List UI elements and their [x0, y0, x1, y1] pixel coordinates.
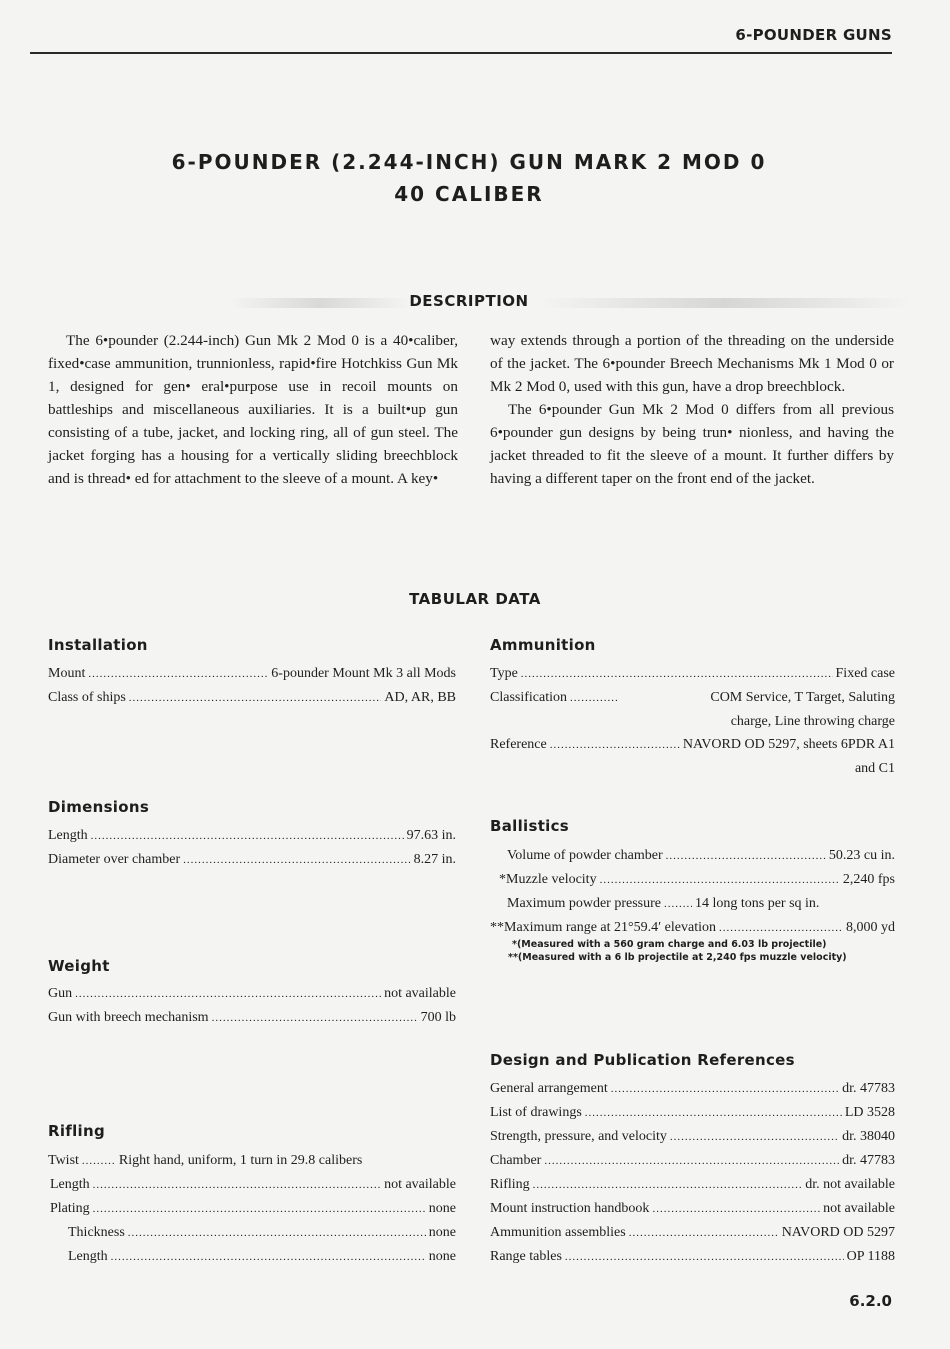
table-row: Chamber dr. 47783: [490, 1149, 895, 1173]
rifling-section: Rifling Twist Right hand, uniform, 1 tur…: [48, 1122, 456, 1269]
page-number: 6.2.0: [849, 1292, 892, 1310]
installation-title: Installation: [48, 636, 456, 654]
table-row: Length not available: [48, 1173, 456, 1197]
description-heading: DESCRIPTION: [0, 292, 938, 310]
table-row: Thickness none: [48, 1221, 456, 1245]
running-head: 6-POUNDER GUNS: [735, 26, 892, 44]
table-row: Gun not available: [48, 982, 456, 1006]
ballistics-section: Ballistics Volume of powder chamber 50.2…: [490, 817, 895, 964]
table-row: Length none: [48, 1245, 456, 1269]
table-row: List of drawings LD 3528: [490, 1101, 895, 1125]
table-row: Mount 6-pounder Mount Mk 3 all Mods: [48, 662, 456, 686]
description-paragraph: The 6•pounder Gun Mk 2 Mod 0 differs fro…: [490, 398, 894, 490]
table-row: Rifling dr. not available: [490, 1173, 895, 1197]
description-paragraph: The 6•pounder (2.244-inch) Gun Mk 2 Mod …: [48, 329, 458, 490]
table-row: Maximum powder pressure 14 long tons per…: [490, 892, 895, 916]
table-row: Class of ships AD, AR, BB: [48, 686, 456, 710]
table-row: Reference NAVORD OD 5297, sheets 6PDR A1: [490, 733, 895, 757]
table-row-continuation: charge, Line throwing charge: [490, 710, 895, 733]
dimensions-title: Dimensions: [48, 798, 456, 816]
table-row: Plating none: [48, 1197, 456, 1221]
installation-section: Installation Mount 6-pounder Mount Mk 3 …: [48, 636, 456, 710]
table-row: Mount instruction handbook not available: [490, 1197, 895, 1221]
ammunition-title: Ammunition: [490, 636, 895, 654]
footnote: **(Measured with a 6 lb projectile at 2,…: [490, 951, 878, 964]
table-row: Type Fixed case: [490, 662, 895, 686]
table-row: Twist Right hand, uniform, 1 turn in 29.…: [48, 1149, 456, 1173]
weight-title: Weight: [48, 957, 456, 975]
table-row: General arrangement dr. 47783: [490, 1077, 895, 1101]
description-right-column: way extends through a portion of the thr…: [490, 329, 894, 490]
header-rule: [30, 52, 892, 54]
table-row: Strength, pressure, and velocity dr. 380…: [490, 1125, 895, 1149]
weight-section: Weight Gun not available Gun with breech…: [48, 957, 456, 1030]
table-row-continuation: and C1: [490, 757, 895, 780]
table-row: Diameter over chamber 8.27 in.: [48, 848, 456, 872]
references-section: Design and Publication References Genera…: [490, 1051, 895, 1269]
tabular-data-heading: TABULAR DATA: [0, 590, 950, 608]
table-row: Length 97.63 in.: [48, 824, 456, 848]
table-row: Ammunition assemblies NAVORD OD 5297: [490, 1221, 895, 1245]
description-paragraph-continued: way extends through a portion of the thr…: [490, 329, 894, 398]
dimensions-section: Dimensions Length 97.63 in. Diameter ove…: [48, 798, 456, 872]
table-row: *Muzzle velocity 2,240 fps: [490, 868, 895, 892]
rifling-title: Rifling: [48, 1122, 456, 1140]
page-title-line-1: 6-POUNDER (2.244-INCH) GUN MARK 2 MOD 0: [0, 150, 938, 174]
table-row: Gun with breech mechanism 700 lb: [48, 1006, 456, 1030]
table-row: Volume of powder chamber 50.23 cu in.: [490, 844, 895, 868]
table-row: Range tables OP 1188: [490, 1245, 895, 1269]
page-title-line-2: 40 CALIBER: [0, 182, 938, 206]
table-row: **Maximum range at 21°59.4′ elevation 8,…: [490, 916, 895, 940]
table-row: Classification COM Service, T Target, Sa…: [490, 686, 895, 710]
references-title: Design and Publication References: [490, 1051, 895, 1069]
ballistics-title: Ballistics: [490, 817, 895, 835]
description-left-column: The 6•pounder (2.244-inch) Gun Mk 2 Mod …: [48, 329, 458, 490]
ammunition-section: Ammunition Type Fixed case Classificatio…: [490, 636, 895, 780]
